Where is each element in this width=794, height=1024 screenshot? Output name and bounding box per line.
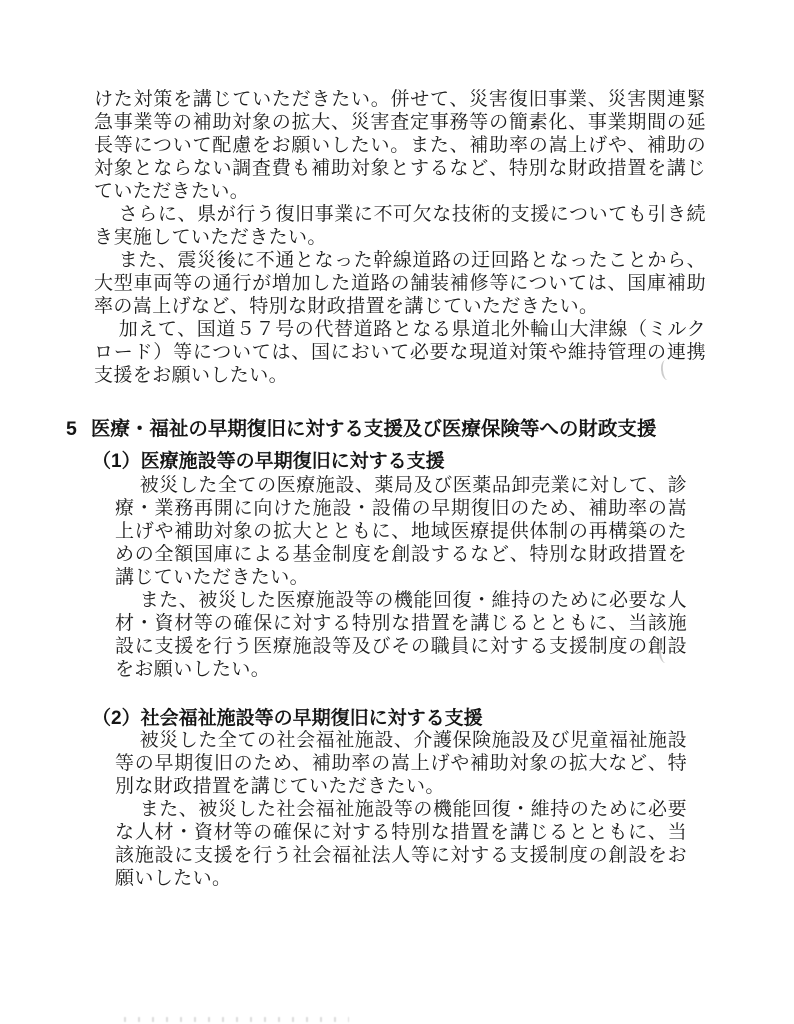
subsection-2-body: 被災した全ての社会福祉施設、介護保険施設及び児童福祉施設等の早期復旧のため、補助… bbox=[115, 729, 687, 890]
scan-artifact-bottom-specks bbox=[124, 1017, 349, 1022]
paragraph-welfare-personnel: また、被災した社会福祉施設等の機能回復・維持のために必要な人材・資材等の確保に対… bbox=[115, 798, 687, 890]
section-title: 医療・福祉の早期復旧に対する支援及び医療保険等への財政支援 bbox=[91, 418, 657, 440]
paragraph-medical-facilities: 被災した全ての医療施設、薬局及び医薬品卸売業に対して、診療・業務再開に向けた施設… bbox=[115, 474, 687, 589]
scanned-document-page: けた対策を講じていただきたい。併せて、災害復旧事業、災害関連緊急事業等の補助対象… bbox=[0, 0, 794, 1024]
paragraph-medical-personnel: また、被災した医療施設等の機能回復・維持のために必要な人材・資材等の確保に対する… bbox=[115, 589, 687, 681]
intro-paragraph-block: けた対策を講じていただきたい。併せて、災害復旧事業、災害関連緊急事業等の補助対象… bbox=[94, 88, 706, 387]
paragraph-road-repair: また、震災後に不通となった幹線道路の迂回路となったことから、大型車両等の通行が増… bbox=[94, 249, 706, 318]
subsection-1-heading: （1）医療施設等の早期復旧に対する支援 bbox=[92, 450, 445, 474]
paragraph-technical-support: さらに、県が行う復旧事業に不可欠な技術的支援についても引き続き実施していただきた… bbox=[94, 203, 706, 249]
paragraph-welfare-facilities: 被災した全ての社会福祉施設、介護保険施設及び児童福祉施設等の早期復旧のため、補助… bbox=[115, 729, 687, 798]
paragraph-route57: 加えて、国道５７号の代替道路となる県道北外輪山大津線（ミルクロード）等については… bbox=[94, 318, 706, 387]
section-number: 5 bbox=[66, 416, 77, 442]
subsection-2-heading: （2）社会福祉施設等の早期復旧に対する支援 bbox=[92, 707, 483, 731]
paragraph-continuation: けた対策を講じていただきたい。併せて、災害復旧事業、災害関連緊急事業等の補助対象… bbox=[94, 88, 706, 203]
section-heading: 5医療・福祉の早期復旧に対する支援及び医療保険等への財政支援 bbox=[66, 416, 656, 442]
subsection-1-body: 被災した全ての医療施設、薬局及び医薬品卸売業に対して、診療・業務再開に向けた施設… bbox=[115, 474, 687, 681]
